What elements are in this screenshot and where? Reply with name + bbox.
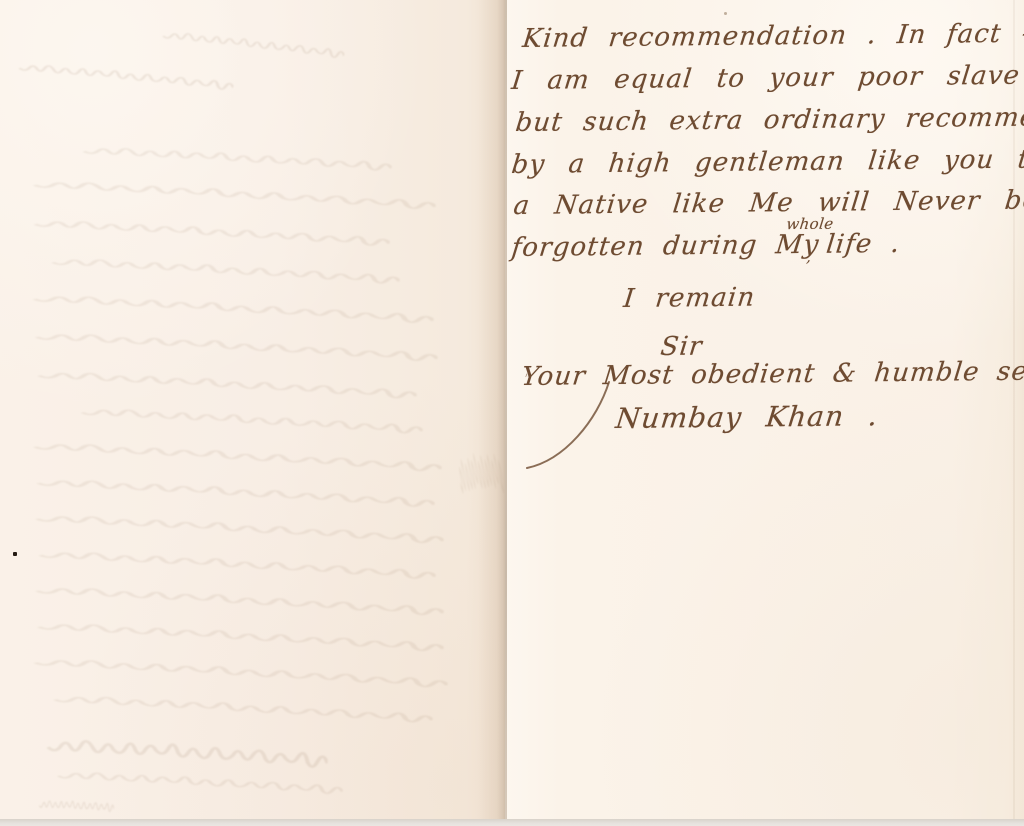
showthrough-line — [150, 24, 346, 62]
showthrough-line — [12, 543, 436, 583]
showthrough-line — [12, 363, 417, 402]
inserted-word: whole — [785, 215, 834, 233]
handwriting-line-2: I am equal to your poor slave , — [510, 60, 1024, 96]
showthrough-line — [62, 139, 392, 174]
showthrough-line — [6, 650, 448, 691]
showthrough-line — [6, 287, 434, 327]
handwriting-line-1: Kind recommendation . In fact — — [521, 18, 1024, 54]
line6-text: forgotten during My — [510, 230, 821, 263]
handwriting-line-3: but such extra ordinary recommend'd — [514, 102, 1024, 138]
showthrough-line — [10, 615, 444, 656]
page-fold-shadow — [478, 0, 505, 819]
closing-remain: I remain — [622, 283, 757, 314]
closing-salutation: Sir — [659, 332, 704, 362]
handwriting-line-5: a Native like Me will Never be — [512, 186, 1024, 221]
showthrough-line — [10, 471, 435, 511]
showthrough-line — [10, 212, 390, 250]
showthrough-line — [4, 56, 235, 94]
showthrough-line — [28, 687, 433, 726]
showthrough-line — [8, 325, 438, 365]
showthrough-line — [34, 795, 115, 816]
ink-speck — [13, 552, 17, 556]
showthrough-line — [28, 250, 400, 287]
showthrough-line — [8, 507, 444, 548]
showthrough-line — [6, 435, 442, 476]
letter-page-left — [0, 0, 507, 819]
handwriting-line-6: forgotten during Mywhole,life . — [510, 229, 902, 263]
showthrough-line — [6, 173, 436, 213]
signature: Numbay Khan . — [614, 399, 880, 435]
showthrough-line — [8, 579, 444, 620]
letter-scan: Kind recommendation . In fact — I am equ… — [0, 0, 1024, 826]
dust-speck — [724, 12, 727, 15]
showthrough-line — [58, 400, 423, 437]
caret-mark: , — [806, 250, 813, 266]
signature-flourish — [513, 376, 643, 481]
letter-page-right: Kind recommendation . In fact — I am equ… — [507, 0, 1024, 819]
line6-text-after: life . — [825, 229, 902, 260]
handwriting-line-4: by a high gentleman like you to — [510, 144, 1024, 180]
paper-bottom-edge — [0, 819, 1024, 826]
paper-right-edge — [1013, 0, 1015, 819]
